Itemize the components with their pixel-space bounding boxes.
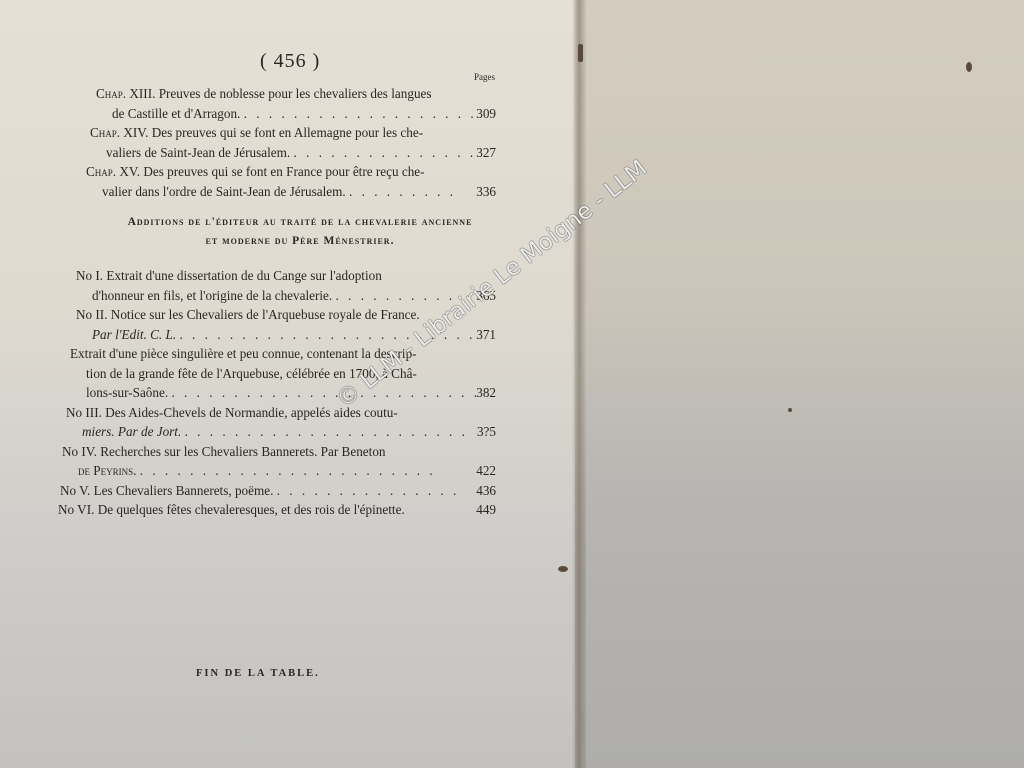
toc-entry-chap-13: Chap. XIII. Preuves de noblesse pour les… — [96, 84, 496, 123]
toc-entry-no-5: No V. Les Chevaliers Bannerets, poëme. .… — [60, 481, 496, 501]
page-ref: 436 — [476, 481, 496, 501]
entry-number: No VI. — [58, 502, 94, 517]
chapter-label: Chap. XIV. — [90, 125, 148, 140]
additions-heading: Additions de l'éditeur au traité de la c… — [80, 213, 520, 251]
page-ref: 422 — [476, 461, 496, 481]
page-ref: 382 — [476, 383, 496, 403]
toc-entry-no-3: No III. Des Aides-Chevels de Normandie, … — [66, 403, 496, 442]
toc-entry-no-1: No I. Extrait d'une dissertation de du C… — [76, 266, 496, 305]
page-ref: 3?5 — [477, 422, 496, 442]
entry-text: De quelques fêtes chevaleresques, et des… — [98, 502, 405, 517]
page-number: ( 456 ) — [260, 50, 320, 73]
entry-text: de Castille et d'Arragon. — [112, 106, 240, 121]
page-ref: 371 — [476, 325, 496, 345]
toc-entry-chap-14: Chap. XIV. Des preuves qui se font en Al… — [90, 123, 496, 162]
entry-number: No II. — [76, 307, 108, 322]
entry-number: No V. — [60, 483, 90, 498]
entry-text: lons-sur-Saône. — [86, 385, 168, 400]
pages-column-label: Pages — [474, 72, 495, 82]
entry-number: No III. — [66, 405, 102, 420]
paper-spot — [578, 44, 583, 62]
toc-entry-no-4: No IV. Recherches sur les Chevaliers Ban… — [62, 442, 496, 481]
entry-text: Recherches sur les Chevaliers Bannerets.… — [100, 444, 385, 459]
book-gutter — [572, 0, 586, 768]
entry-number: No I. — [76, 268, 103, 283]
entry-text: Preuves de noblesse pour les chevaliers … — [159, 86, 432, 101]
toc-entry-chap-15: Chap. XV. Des preuves qui se font en Fra… — [86, 162, 496, 201]
entry-text: Les Chevaliers Bannerets, poëme. — [94, 483, 274, 498]
entry-number: No IV. — [62, 444, 97, 459]
paper-spot — [558, 566, 568, 572]
entry-text: Extrait d'une pièce singulière et peu co… — [70, 346, 417, 361]
toc-entry-no-6: No VI. De quelques fêtes chevaleresques,… — [58, 500, 496, 520]
heading-line: et moderne du Père Ménestrier. — [80, 232, 520, 251]
end-of-table: FIN DE LA TABLE. — [196, 668, 320, 679]
toc-entry-arquebuse-extract: Extrait d'une pièce singulière et peu co… — [70, 344, 496, 403]
page-ref: 449 — [476, 500, 496, 520]
page-ref: 309 — [476, 104, 496, 124]
entry-text: Par l'Edit. C. L. — [92, 327, 176, 342]
chapter-list: Chap. XIII. Preuves de noblesse pour les… — [96, 84, 496, 201]
page-ref: 327 — [476, 143, 496, 163]
entry-text: d'honneur en fils, et l'origine de la ch… — [92, 288, 332, 303]
chapter-label: Chap. XIII. — [96, 86, 155, 101]
paper-spot — [966, 62, 972, 72]
heading-line: Additions de l'éditeur au traité de la c… — [80, 213, 520, 232]
left-page: ( 456 ) Pages Chap. XIII. Preuves de nob… — [0, 0, 575, 768]
entry-text: de Peyrins. — [78, 463, 136, 478]
paper-spot — [788, 408, 792, 412]
entry-text: valiers de Saint-Jean de Jérusalem. — [106, 145, 290, 160]
entry-text: Des preuves qui se font en Allemagne pou… — [152, 125, 423, 140]
entry-text: Extrait d'une dissertation de du Cange s… — [106, 268, 381, 283]
entry-text: Des preuves qui se font en France pour ê… — [143, 164, 424, 179]
chapter-label: Chap. XV. — [86, 164, 140, 179]
additions-list: No I. Extrait d'une dissertation de du C… — [76, 266, 496, 520]
book-spread: ( 456 ) Pages Chap. XIII. Preuves de nob… — [0, 0, 1024, 768]
entry-text: miers. Par de Jort. — [82, 424, 181, 439]
entry-text: Notice sur les Chevaliers de l'Arquebuse… — [111, 307, 420, 322]
right-page-blank — [586, 0, 1024, 768]
entry-text: valier dans l'ordre de Saint-Jean de Jér… — [102, 184, 346, 199]
page-ref: 336 — [476, 182, 496, 202]
